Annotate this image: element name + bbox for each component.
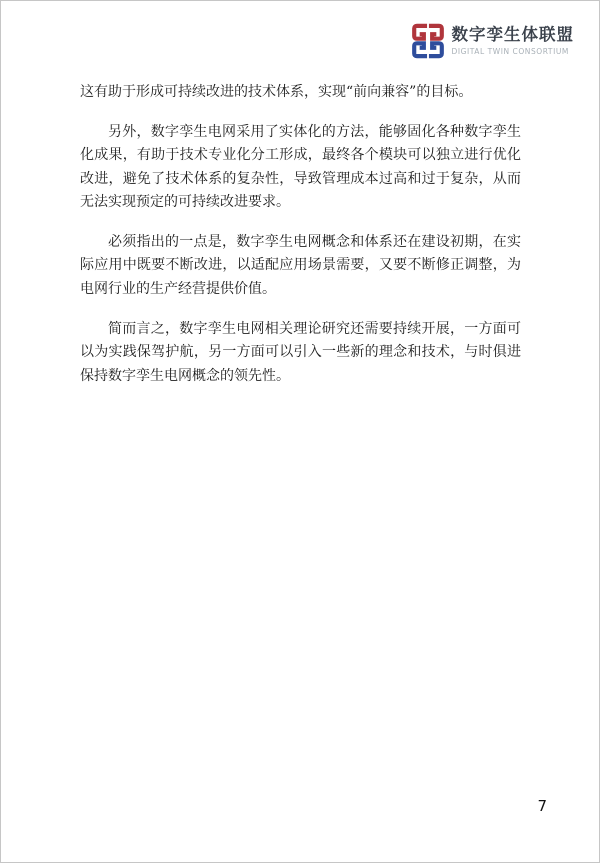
paragraph: 这有助于形成可持续改进的技术体系，实现“前向兼容”的目标。 [80, 81, 521, 104]
paragraph: 另外，数字孪生电网采用了实体化的方法，能够固化各种数字孪生化成果，有助于技术专业… [80, 121, 521, 215]
document-page: 数字孪生体联盟 DIGITAL TWIN CONSORTIUM 这有助于形成可持… [0, 0, 600, 863]
document-body: 这有助于形成可持续改进的技术体系，实现“前向兼容”的目标。 另外，数字孪生电网采… [80, 81, 521, 388]
paragraph: 必须指出的一点是，数字孪生电网概念和体系还在建设初期，在实际应用中既要不断改进，… [80, 231, 521, 301]
paragraph: 简而言之，数字孪生电网相关理论研究还需要持续开展，一方面可以为实践保驾护航，另一… [80, 318, 521, 388]
logo-title: 数字孪生体联盟 [452, 26, 575, 45]
logo: 数字孪生体联盟 DIGITAL TWIN CONSORTIUM [411, 22, 575, 60]
logo-text: 数字孪生体联盟 DIGITAL TWIN CONSORTIUM [452, 26, 575, 56]
digital-twin-consortium-logo-icon [411, 22, 445, 60]
logo-subtitle: DIGITAL TWIN CONSORTIUM [452, 47, 575, 56]
page-number: 7 [537, 797, 547, 815]
